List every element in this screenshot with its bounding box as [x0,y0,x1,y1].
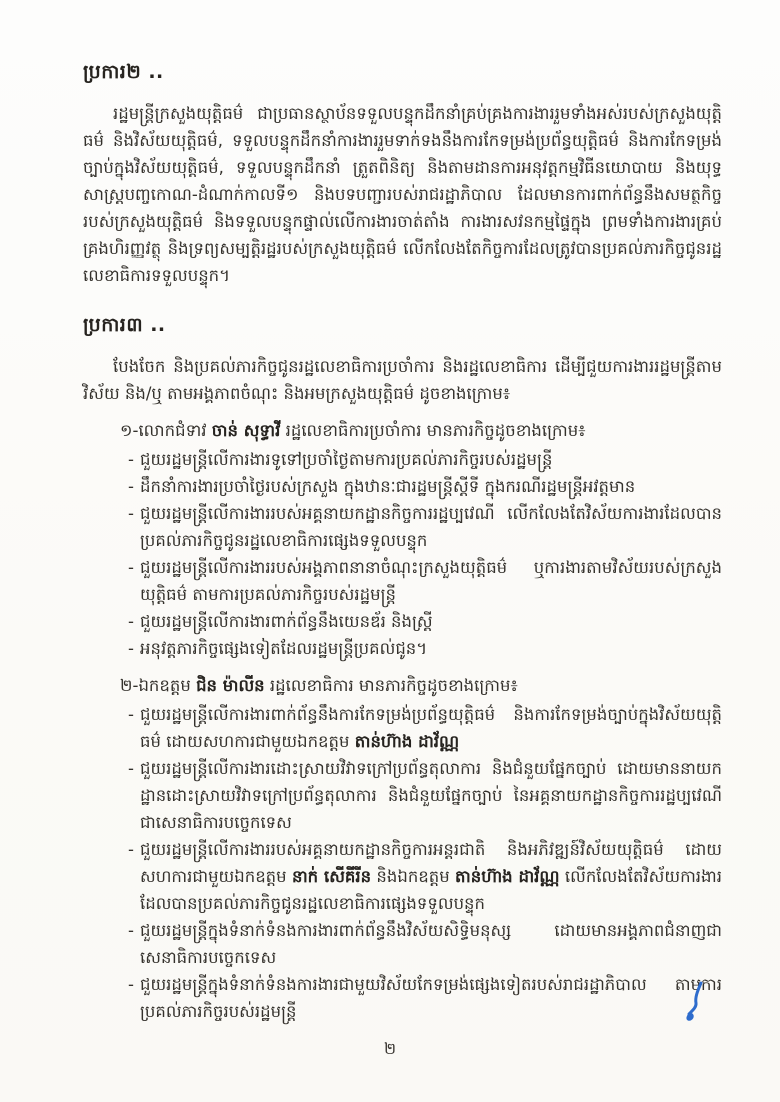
article-3-section: ប្រការ៣ .. បែងចែក និងប្រគល់ភារកិច្ចជូនរដ… [83,313,722,1025]
duty-item: -ជួយរដ្ឋមន្ត្រីលើការងាររបស់អគ្គនាយកដ្ឋាន… [83,836,722,917]
duty-item: -ជួយរដ្ឋមន្ត្រីលើការងារពាក់ព័ន្ធនឹងការកែ… [83,701,722,755]
official-item: ២-ឯកឧត្តម ជិន ម៉ាលីន រដ្ឋលេខាធិការ មានភា… [83,672,722,1025]
article-2-heading: ប្រការ២ .. [83,60,722,88]
bullet-dash: - [128,635,134,662]
article-2-section: ប្រការ២ .. រដ្ឋមន្ត្រីក្រសួងយុត្តិធម៌ ជា… [83,60,722,289]
officials-list: ១-លោកជំទាវ ចាន់ សុទ្ធាវី រដ្ឋលេខាធិការប្… [83,417,722,1025]
duty-item: -ជួយរដ្ឋមន្ត្រីក្នុងទំនាក់ទំនងការងារពាក់… [83,917,722,971]
bullet-dash: - [128,500,134,527]
official-title: ២-ឯកឧត្តម ជិន ម៉ាលីន រដ្ឋលេខាធិការ មានភា… [83,672,722,699]
duty-item: -ជួយរដ្ឋមន្ត្រីលើការងារពាក់ព័ន្ធនឹងយេនឌ័… [83,608,722,635]
duty-item: -ជួយរដ្ឋមន្ត្រីលើការងារទូទៅប្រចាំថ្ងៃតាម… [83,446,722,473]
duty-item: -ជួយរដ្ឋមន្ត្រីលើការងារដោះស្រាយវិវាទក្រៅ… [83,755,722,836]
blue-pen-check-mark-icon [682,980,708,1026]
duty-item: -អនុវត្តភារកិច្ចផ្សេងទៀតដែលរដ្ឋមន្ត្រីប្… [83,635,722,662]
bullet-dash: - [128,608,134,635]
bullet-dash: - [128,554,134,581]
duty-list: -ជួយរដ្ឋមន្ត្រីលើការងារទូទៅប្រចាំថ្ងៃតាម… [83,446,722,662]
bullet-dash: - [128,701,134,728]
document-content: ប្រការ២ .. រដ្ឋមន្ត្រីក្រសួងយុត្តិធម៌ ជា… [83,60,722,1049]
bullet-dash: - [128,917,134,944]
bullet-dash: - [128,971,134,998]
official-item: ១-លោកជំទាវ ចាន់ សុទ្ធាវី រដ្ឋលេខាធិការប្… [83,417,722,662]
scanned-document-page: ប្រការ២ .. រដ្ឋមន្ត្រីក្រសួងយុត្តិធម៌ ជា… [0,0,780,1102]
bullet-dash: - [128,836,134,863]
duty-item: -ដឹកនាំការងារប្រចាំថ្ងៃរបស់ក្រសួង ក្នុងឋ… [83,473,722,500]
duty-item: -ជួយរដ្ឋមន្ត្រីក្នុងទំនាក់ទំនងការងារជាមួ… [83,971,722,1025]
page-number: ២ [0,1038,780,1062]
article-3-heading: ប្រការ៣ .. [83,313,722,341]
bullet-dash: - [128,473,134,500]
article-2-paragraph: រដ្ឋមន្ត្រីក្រសួងយុត្តិធម៌ ជាប្រធានស្ថាប… [83,100,722,289]
duty-item: -ជួយរដ្ឋមន្ត្រីលើការងាររបស់អង្គភាពនានាចំ… [83,554,722,608]
article-3-intro-paragraph: បែងចែក និងប្រគល់ភារកិច្ចជូនរដ្ឋលេខាធិការ… [83,353,722,407]
bullet-dash: - [128,446,134,473]
official-title: ១-លោកជំទាវ ចាន់ សុទ្ធាវី រដ្ឋលេខាធិការប្… [83,417,722,444]
bullet-dash: - [128,755,134,782]
duty-list: -ជួយរដ្ឋមន្ត្រីលើការងារពាក់ព័ន្ធនឹងការកែ… [83,701,722,1025]
duty-item: -ជួយរដ្ឋមន្ត្រីលើការងាររបស់អគ្គនាយកដ្ឋាន… [83,500,722,554]
